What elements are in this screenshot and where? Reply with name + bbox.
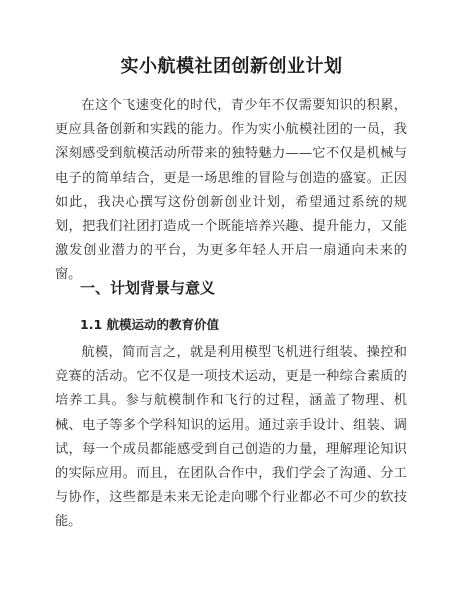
intro-paragraph: 在这个飞速变化的时代，青少年不仅需要知识的积累，更应具备创新和实践的能力。作为实…: [55, 94, 407, 288]
document-title: 实小航模社团创新创业计划: [0, 55, 463, 79]
document-page: 实小航模社团创新创业计划 在这个飞速变化的时代，青少年不仅需要知识的积累，更应具…: [0, 0, 463, 600]
subsection-paragraph: 航模，简而言之，就是利用模型飞机进行组装、操控和竞赛的活动。它不仅是一项技术运动…: [55, 341, 407, 535]
subsection-heading: 1.1 航模运动的教育价值: [80, 316, 219, 334]
section-heading: 一、计划背景与意义: [80, 277, 215, 299]
